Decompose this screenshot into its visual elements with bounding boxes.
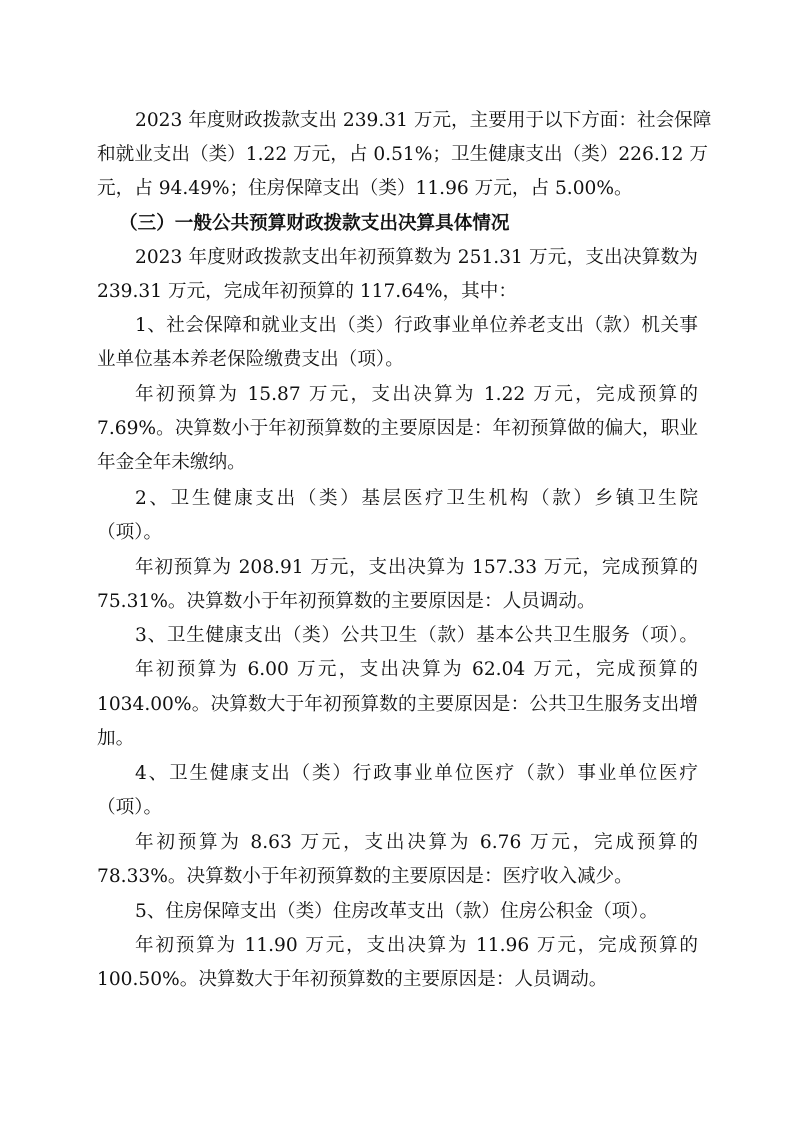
item-2-detail-line-1: 年初预算为 208.91 万元，支出决算为 157.33 万元，完成预算的 <box>135 551 698 585</box>
item-4-detail-line-2: 78.33%。决算数小于年初预算数的主要原因是：医疗收入减少。 <box>97 860 633 894</box>
overview-line-2: 和就业支出（类）1.22 万元，占 0.51%；卫生健康支出（类）226.12 … <box>97 138 698 172</box>
item-4-title-line-1: 4、卫生健康支出（类）行政事业单位医疗（款）事业单位医疗 <box>135 757 698 791</box>
item-3-detail-line-2: 1034.00%。决算数大于年初预算数的主要原因是：公共卫生服务支出增 <box>97 688 698 722</box>
summary-line-2: 239.31 万元，完成年初预算的 117.64%，其中： <box>97 275 517 309</box>
item-3-detail-line-3: 加。 <box>97 722 134 756</box>
summary-line-1: 2023 年度财政拨款支出年初预算数为 251.31 万元，支出决算数为 <box>135 241 698 275</box>
item-1-detail-line-1: 年初预算为 15.87 万元，支出决算为 1.22 万元，完成预算的 <box>135 378 698 412</box>
item-5-detail-line-2: 100.50%。决算数大于年初预算数的主要原因是：人员调动。 <box>97 963 607 997</box>
item-2-title-line-2: （项）。 <box>97 516 162 550</box>
item-1-title-line-1: 1、社会保障和就业支出（类）行政事业单位养老支出（款）机关事 <box>135 309 698 343</box>
item-1-detail-line-2: 7.69%。决算数小于年初预算数的主要原因是：年初预算做的偏大，职业 <box>97 412 698 446</box>
item-3-title-line-1: 3、卫生健康支出（类）公共卫生（款）基本公共卫生服务（项）。 <box>135 619 698 653</box>
item-3-detail-line-1: 年初预算为 6.00 万元，支出决算为 62.04 万元，完成预算的 <box>135 653 698 687</box>
item-1-detail-line-3: 年金全年未缴纳。 <box>97 446 246 480</box>
item-5-title-line-1: 5、住房保障支出（类）住房改革支出（款）住房公积金（项）。 <box>135 895 658 929</box>
item-1-title-line-2: 业单位基本养老保险缴费支出（项）。 <box>97 343 404 377</box>
item-2-detail-line-2: 75.31%。决算数小于年初预算数的主要原因是：人员调动。 <box>97 585 596 619</box>
item-2-title-line-1: 2、卫生健康支出（类）基层医疗卫生机构（款）乡镇卫生院 <box>135 482 698 516</box>
item-5-detail-line-1: 年初预算为 11.90 万元，支出决算为 11.96 万元，完成预算的 <box>135 929 698 963</box>
overview-line-1: 2023 年度财政拨款支出 239.31 万元，主要用于以下方面：社会保障 <box>135 104 698 138</box>
item-4-title-line-2: （项）。 <box>97 791 162 825</box>
section-heading: （三）一般公共预算财政拨款支出决算具体情况 <box>119 207 509 241</box>
item-4-detail-line-1: 年初预算为 8.63 万元，支出决算为 6.76 万元，完成预算的 <box>135 826 698 860</box>
overview-line-3: 元，占 94.49%；住房保障支出（类）11.96 万元，占 5.00%。 <box>97 172 633 206</box>
